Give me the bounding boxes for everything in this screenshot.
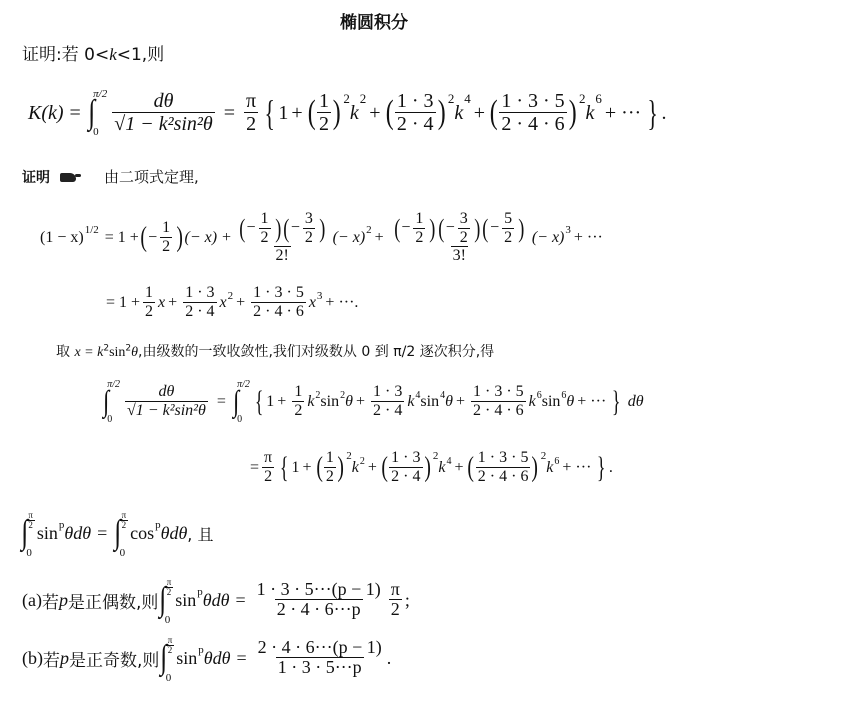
case-b: (b) 若 p 是正奇数,则 ∫π20 sinpθdθ = 2 · 4 · 6·… [22, 630, 391, 686]
integrand-fraction: dθ √1 − k²sin²θ [112, 91, 215, 135]
main-formula: K(k) = ∫ π/20 dθ √1 − k²sin²θ = π2 { 1+ … [28, 82, 666, 144]
pointing-hand-icon [60, 173, 76, 182]
integration-result: = π2 { 1+ (12)2k2 + (1 · 32 · 4)2k4 + (1… [250, 440, 613, 496]
case-a: (a) 若 p 是正偶数,则 ∫π20 sinpθdθ = 1 · 3 · 5·… [22, 572, 410, 628]
proof-text: 由二项式定理, [104, 168, 199, 186]
claim-prefix: 证明:若 0< [22, 45, 109, 65]
claim-k: k [109, 45, 117, 64]
proof-header: 证明由二项式定理, [22, 166, 199, 187]
proof-label: 证明 [22, 170, 50, 186]
claim-suffix: <1,则 [117, 45, 164, 65]
k-function: K(k) [28, 102, 64, 125]
wallis-identity: ∫π20 sinpθdθ = ∫π20 cospθdθ , 且 [20, 502, 213, 564]
integral-sign: ∫ π/20 [87, 92, 107, 134]
binomial-simplified: = 1 + 12x + 1 · 32 · 4x2 + 1 · 3 · 52 · … [106, 280, 361, 326]
page-title: 椭圆积分 [340, 8, 408, 33]
binomial-expansion: (1 − x)1/2 = 1 + (−12) (− x) + (−12) (−3… [40, 205, 606, 271]
integration-step: ∫π/20 dθ√1 − k²sin²θ = ∫π/20 { 1+ 12k2si… [102, 372, 644, 432]
substitution-text: 取 x = k2sin2θ,由级数的一致收敛性,我们对级数从 0 到 π/2 逐… [56, 341, 494, 361]
claim-intro: 证明:若 0<k<1,则 [22, 40, 164, 65]
